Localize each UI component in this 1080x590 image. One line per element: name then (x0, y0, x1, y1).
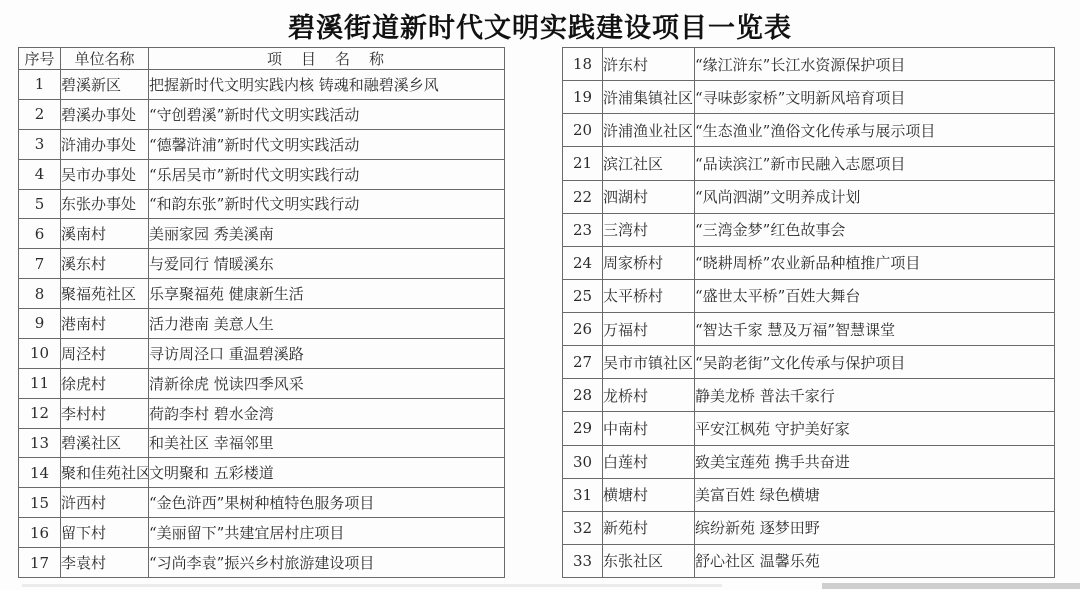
row-project-name: “美丽留下”共建宜居村庄项目 (149, 518, 505, 548)
table-row: 29中南村平安江枫苑 守护美好家 (563, 412, 1055, 445)
row-serial-number: 25 (563, 279, 603, 312)
row-serial-number: 11 (19, 368, 61, 398)
row-serial-number: 33 (563, 544, 603, 577)
row-unit-name: 滨江社区 (603, 147, 695, 180)
row-unit-name: 新苑村 (603, 511, 695, 544)
row-project-name: “盛世太平桥”百姓大舞台 (695, 279, 1055, 312)
table-row: 8聚福苑社区乐享聚福苑 健康新生活 (19, 279, 505, 309)
project-table-right: 18浒东村“缘江浒东”长江水资源保护项目19浒浦集镇社区“寻味彭家桥”文明新风培… (562, 47, 1055, 578)
row-unit-name: 万福村 (603, 313, 695, 346)
table-row: 14聚和佳苑社区文明聚和 五彩楼道 (19, 458, 505, 488)
row-serial-number: 24 (563, 246, 603, 279)
row-serial-number: 9 (19, 309, 61, 339)
row-project-name: “品读滨江”新市民融入志愿项目 (695, 147, 1055, 180)
row-project-name: “风尚泗湖”文明养成计划 (695, 180, 1055, 213)
row-unit-name: 浒东村 (603, 48, 695, 81)
row-unit-name: 泗湖村 (603, 180, 695, 213)
row-project-name: 和美社区 幸福邻里 (149, 428, 505, 458)
table-row: 12李村村荷韵李村 碧水金湾 (19, 398, 505, 428)
table-row: 22泗湖村“风尚泗湖”文明养成计划 (563, 180, 1055, 213)
project-table-left: 序号 单位名称 项 目 名 称 1碧溪新区把握新时代文明实践内核 铸魂和融碧溪乡… (18, 47, 505, 578)
row-serial-number: 30 (563, 445, 603, 478)
table-row: 7溪东村与爱同行 情暖溪东 (19, 249, 505, 279)
row-serial-number: 23 (563, 213, 603, 246)
row-serial-number: 22 (563, 180, 603, 213)
row-unit-name: 白莲村 (603, 445, 695, 478)
table-row: 18浒东村“缘江浒东”长江水资源保护项目 (563, 48, 1055, 81)
table-row: 24周家桥村“晓耕周桥”农业新品种植推广项目 (563, 246, 1055, 279)
row-serial-number: 31 (563, 478, 603, 511)
row-serial-number: 13 (19, 428, 61, 458)
row-serial-number: 26 (563, 313, 603, 346)
row-unit-name: 周泾村 (61, 338, 149, 368)
row-serial-number: 20 (563, 114, 603, 147)
row-unit-name: 港南村 (61, 309, 149, 339)
row-serial-number: 27 (563, 346, 603, 379)
row-serial-number: 2 (19, 99, 61, 129)
row-project-name: 乐享聚福苑 健康新生活 (149, 279, 505, 309)
table-row: 27吴市市镇社区“吴韵老街”文化传承与保护项目 (563, 346, 1055, 379)
row-unit-name: 周家桥村 (603, 246, 695, 279)
row-serial-number: 6 (19, 219, 61, 249)
row-project-name: “守创碧溪”新时代文明实践活动 (149, 99, 505, 129)
row-project-name: 美富百姓 绿色横塘 (695, 478, 1055, 511)
row-unit-name: 碧溪新区 (61, 70, 149, 100)
row-unit-name: 吴市市镇社区 (603, 346, 695, 379)
table-row: 11徐虎村清新徐虎 悦读四季风采 (19, 368, 505, 398)
table-row: 15浒西村“金色浒西”果树种植特色服务项目 (19, 488, 505, 518)
row-project-name: “晓耕周桥”农业新品种植推广项目 (695, 246, 1055, 279)
row-project-name: “习尚李袁”振兴乡村旅游建设项目 (149, 548, 505, 578)
row-project-name: “吴韵老街”文化传承与保护项目 (695, 346, 1055, 379)
row-unit-name: 浒浦办事处 (61, 129, 149, 159)
header-project-name: 项 目 名 称 (149, 48, 505, 70)
row-unit-name: 聚福苑社区 (61, 279, 149, 309)
table-row: 3浒浦办事处“德馨浒浦”新时代文明实践活动 (19, 129, 505, 159)
row-serial-number: 17 (19, 548, 61, 578)
header-serial-number: 序号 (19, 48, 61, 70)
row-unit-name: 横塘村 (603, 478, 695, 511)
document-page: 碧溪街道新时代文明实践建设项目一览表 序号 单位名称 项 目 名 称 1碧溪新区… (0, 0, 1080, 590)
row-unit-name: 浒西村 (61, 488, 149, 518)
row-unit-name: 吴市办事处 (61, 159, 149, 189)
row-unit-name: 碧溪社区 (61, 428, 149, 458)
row-unit-name: 溪东村 (61, 249, 149, 279)
row-project-name: 与爱同行 情暖溪东 (149, 249, 505, 279)
row-unit-name: 聚和佳苑社区 (61, 458, 149, 488)
table-row: 28龙桥村静美龙桥 普法千家行 (563, 379, 1055, 412)
table-row: 17李袁村“习尚李袁”振兴乡村旅游建设项目 (19, 548, 505, 578)
row-project-name: “乐居吴市”新时代文明实践行动 (149, 159, 505, 189)
table-row: 30白莲村致美宝莲苑 携手共奋进 (563, 445, 1055, 478)
row-unit-name: 留下村 (61, 518, 149, 548)
row-project-name: “寻味彭家桥”文明新风培育项目 (695, 81, 1055, 114)
row-unit-name: 溪南村 (61, 219, 149, 249)
row-project-name: 静美龙桥 普法千家行 (695, 379, 1055, 412)
row-serial-number: 7 (19, 249, 61, 279)
row-serial-number: 10 (19, 338, 61, 368)
table-row: 21滨江社区“品读滨江”新市民融入志愿项目 (563, 147, 1055, 180)
row-unit-name: 东张办事处 (61, 189, 149, 219)
row-project-name: 文明聚和 五彩楼道 (149, 458, 505, 488)
row-project-name: “生态渔业”渔俗文化传承与展示项目 (695, 114, 1055, 147)
table-row: 23三湾村“三湾金梦”红色故事会 (563, 213, 1055, 246)
row-project-name: 荷韵李村 碧水金湾 (149, 398, 505, 428)
table-row: 9港南村活力港南 美意人生 (19, 309, 505, 339)
table-row: 33东张社区舒心社区 温馨乐苑 (563, 544, 1055, 577)
row-serial-number: 5 (19, 189, 61, 219)
row-project-name: 把握新时代文明实践内核 铸魂和融碧溪乡风 (149, 70, 505, 100)
row-serial-number: 1 (19, 70, 61, 100)
table-row: 20浒浦渔业社区“生态渔业”渔俗文化传承与展示项目 (563, 114, 1055, 147)
table-row: 25太平桥村“盛世太平桥”百姓大舞台 (563, 279, 1055, 312)
table-header-row: 序号 单位名称 项 目 名 称 (19, 48, 505, 70)
row-project-name: “和韵东张”新时代文明实践行动 (149, 189, 505, 219)
page-title: 碧溪街道新时代文明实践建设项目一览表 (0, 6, 1080, 45)
table-row: 16留下村“美丽留下”共建宜居村庄项目 (19, 518, 505, 548)
row-serial-number: 3 (19, 129, 61, 159)
row-unit-name: 龙桥村 (603, 379, 695, 412)
table-row: 13碧溪社区和美社区 幸福邻里 (19, 428, 505, 458)
row-project-name: 缤纷新苑 逐梦田野 (695, 511, 1055, 544)
row-project-name: 活力港南 美意人生 (149, 309, 505, 339)
row-serial-number: 32 (563, 511, 603, 544)
row-project-name: 舒心社区 温馨乐苑 (695, 544, 1055, 577)
row-serial-number: 15 (19, 488, 61, 518)
row-project-name: “缘江浒东”长江水资源保护项目 (695, 48, 1055, 81)
row-unit-name: 浒浦渔业社区 (603, 114, 695, 147)
row-project-name: “三湾金梦”红色故事会 (695, 213, 1055, 246)
table-row: 10周泾村寻访周泾口 重温碧溪路 (19, 338, 505, 368)
row-serial-number: 28 (563, 379, 603, 412)
table-row: 26万福村“智达千家 慧及万福”智慧课堂 (563, 313, 1055, 346)
row-project-name: “德馨浒浦”新时代文明实践活动 (149, 129, 505, 159)
row-serial-number: 18 (563, 48, 603, 81)
row-serial-number: 19 (563, 81, 603, 114)
row-serial-number: 29 (563, 412, 603, 445)
bottom-shadow-strip-left (22, 584, 722, 587)
row-project-name: 美丽家园 秀美溪南 (149, 219, 505, 249)
bottom-shadow-strip-right (822, 583, 1080, 589)
table-row: 19浒浦集镇社区“寻味彭家桥”文明新风培育项目 (563, 81, 1055, 114)
row-project-name: “智达千家 慧及万福”智慧课堂 (695, 313, 1055, 346)
row-project-name: “金色浒西”果树种植特色服务项目 (149, 488, 505, 518)
row-project-name: 清新徐虎 悦读四季风采 (149, 368, 505, 398)
table-row: 5东张办事处“和韵东张”新时代文明实践行动 (19, 189, 505, 219)
table-row: 2碧溪办事处“守创碧溪”新时代文明实践活动 (19, 99, 505, 129)
row-unit-name: 东张社区 (603, 544, 695, 577)
row-unit-name: 李袁村 (61, 548, 149, 578)
table-row: 31横塘村美富百姓 绿色横塘 (563, 478, 1055, 511)
table-row: 32新苑村缤纷新苑 逐梦田野 (563, 511, 1055, 544)
row-unit-name: 浒浦集镇社区 (603, 81, 695, 114)
row-unit-name: 中南村 (603, 412, 695, 445)
table-row: 6溪南村美丽家园 秀美溪南 (19, 219, 505, 249)
table-row: 1碧溪新区把握新时代文明实践内核 铸魂和融碧溪乡风 (19, 70, 505, 100)
row-serial-number: 21 (563, 147, 603, 180)
row-serial-number: 12 (19, 398, 61, 428)
row-serial-number: 4 (19, 159, 61, 189)
header-unit-name: 单位名称 (61, 48, 149, 70)
row-project-name: 平安江枫苑 守护美好家 (695, 412, 1055, 445)
row-project-name: 致美宝莲苑 携手共奋进 (695, 445, 1055, 478)
row-serial-number: 14 (19, 458, 61, 488)
table-row: 4吴市办事处“乐居吴市”新时代文明实践行动 (19, 159, 505, 189)
row-unit-name: 碧溪办事处 (61, 99, 149, 129)
row-unit-name: 太平桥村 (603, 279, 695, 312)
row-serial-number: 8 (19, 279, 61, 309)
row-unit-name: 徐虎村 (61, 368, 149, 398)
row-unit-name: 三湾村 (603, 213, 695, 246)
row-unit-name: 李村村 (61, 398, 149, 428)
row-project-name: 寻访周泾口 重温碧溪路 (149, 338, 505, 368)
row-serial-number: 16 (19, 518, 61, 548)
